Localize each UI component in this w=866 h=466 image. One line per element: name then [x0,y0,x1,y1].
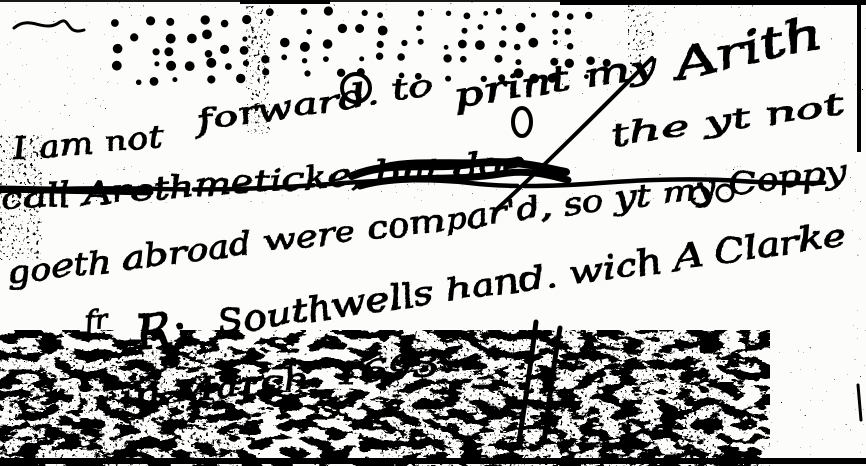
page-border-top-right [560,0,866,5]
page-border-top-segment [240,0,330,4]
manuscript-page: I am not forward. to print my Arith the … [0,0,866,466]
page-border-bottom [0,458,866,464]
handwriting-signature-initial: R: [131,299,192,362]
manuscript-scan: I am not forward. to print my Arith the … [0,0,866,466]
page-border-right [857,2,861,152]
